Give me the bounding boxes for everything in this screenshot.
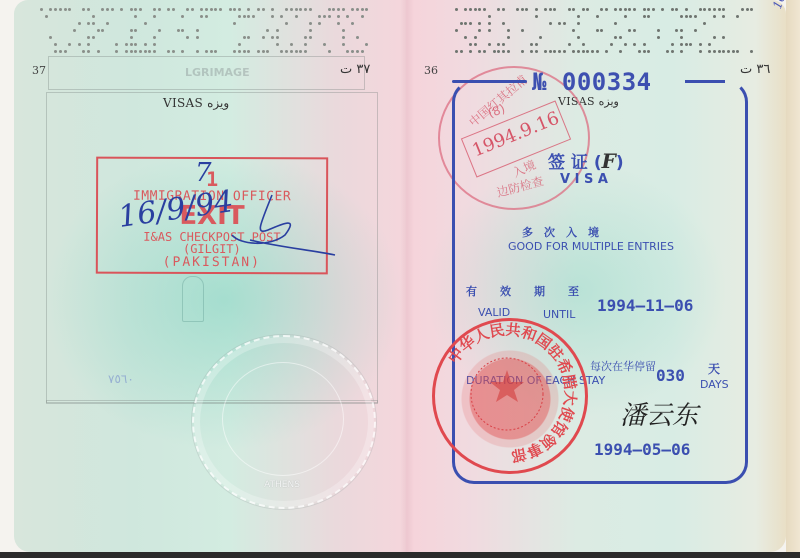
perforation-dot — [544, 8, 547, 11]
perforation-dot — [516, 8, 519, 11]
perforation-dot — [558, 50, 561, 53]
valid-until-cn: 有 效 期 至 — [466, 283, 585, 299]
perforation-dot — [342, 8, 345, 11]
perforation-dot — [483, 50, 486, 53]
perforation-dot — [172, 8, 175, 11]
perforation-dot — [628, 29, 631, 32]
perforation-dot — [464, 8, 467, 11]
perforation-dot — [694, 15, 697, 18]
perforation-dot — [181, 15, 184, 18]
perforation-dot — [671, 8, 674, 11]
perforation-dot — [577, 36, 580, 39]
perforation-dot — [181, 29, 184, 32]
perforation-dot — [323, 15, 326, 18]
perforation-dot — [469, 50, 472, 53]
embossed-seal-text: ATHENS — [212, 480, 352, 490]
perforation-dot — [568, 8, 571, 11]
perforation-dot — [144, 22, 147, 25]
perforation-dot — [628, 8, 631, 11]
perforation-dot — [530, 43, 533, 46]
perforation-dot — [290, 50, 293, 53]
visa-title-en: V I S A — [560, 172, 608, 187]
perforation-dot — [685, 8, 688, 11]
perforation-dot — [586, 8, 589, 11]
perforation-dot — [643, 8, 646, 11]
perforation-dot — [722, 50, 725, 53]
perforation-dot — [553, 8, 556, 11]
perforation-dot — [708, 8, 711, 11]
perforation-dot — [633, 8, 636, 11]
perforation-dot — [153, 15, 156, 18]
perforation-dot — [619, 50, 622, 53]
perforation-dot — [342, 36, 345, 39]
perforation-dot — [507, 50, 510, 53]
perforation-dot — [40, 8, 43, 11]
visa-number: № 000334 — [532, 68, 652, 96]
perforation-dot — [54, 8, 57, 11]
perforation-dot — [539, 36, 542, 39]
days-label: DAYS — [700, 378, 729, 391]
perforation-dot — [87, 50, 90, 53]
perforation-dot — [680, 29, 683, 32]
perforation-dot — [474, 36, 477, 39]
perforation-dot — [120, 8, 123, 11]
perforation-dot — [732, 50, 735, 53]
perforation-dot — [304, 36, 307, 39]
perforation-dot — [130, 50, 133, 53]
perforation-dot — [73, 29, 76, 32]
perforation-dot — [125, 43, 128, 46]
perforation-dot — [82, 50, 85, 53]
perforation-dot — [624, 15, 627, 18]
perforation-dot — [92, 36, 95, 39]
perforation-dot — [78, 43, 81, 46]
perforation-dot — [134, 8, 137, 11]
perforation-dot — [563, 22, 566, 25]
perforation-dot — [455, 50, 458, 53]
perforation-dot — [139, 8, 142, 11]
perforation-dot — [290, 8, 293, 11]
perforation-dot — [685, 43, 688, 46]
perforation-dot — [469, 22, 472, 25]
perforation-dot — [582, 8, 585, 11]
perforation-dot — [361, 8, 364, 11]
valid-until-date: 1994—11—06 — [597, 296, 693, 315]
perforation-dot — [243, 15, 246, 18]
perforation-dot — [600, 8, 603, 11]
perforation-dot — [680, 43, 683, 46]
perforation-dot — [493, 50, 496, 53]
perforation-dot — [332, 8, 335, 11]
perforation-dot — [582, 43, 585, 46]
perforation-dot — [694, 29, 697, 32]
perforation-dot — [247, 36, 250, 39]
perforation-dot — [750, 50, 753, 53]
perforation-dot — [643, 50, 646, 53]
perforation-dot — [299, 8, 302, 11]
perforation-dot — [186, 8, 189, 11]
perforation-dot — [614, 36, 617, 39]
perforation-dot — [746, 8, 749, 11]
perforation-dot — [596, 29, 599, 32]
perforation-dot — [346, 50, 349, 53]
perforation-dot — [525, 8, 528, 11]
perforation-dot — [68, 43, 71, 46]
perforation-dot — [464, 22, 467, 25]
page-number-left: 37 — [32, 64, 46, 77]
perforation-dot — [97, 50, 100, 53]
visa-issue-date: 1994—05—06 — [594, 440, 690, 459]
perforation-dot — [214, 50, 217, 53]
visa-title-cn-text: 签 证 ( — [548, 153, 602, 173]
perforation-dot — [464, 36, 467, 39]
perforation-dot — [87, 22, 90, 25]
handwritten-mark: 7 — [195, 158, 212, 188]
perforation-dot — [181, 50, 184, 53]
days-cn: 天 — [708, 360, 720, 377]
perforation-dot — [200, 15, 203, 18]
perforation-dot — [328, 50, 331, 53]
perforation-dot — [722, 36, 725, 39]
perforation-dot — [323, 43, 326, 46]
perforation-dot — [247, 50, 250, 53]
perforation-dot — [309, 8, 312, 11]
perforation-dot — [535, 8, 538, 11]
perforation-dot — [54, 43, 57, 46]
perforation-dot — [727, 50, 730, 53]
perforation-dot — [708, 50, 711, 53]
perforation-dot — [680, 50, 683, 53]
perforation-dot — [713, 15, 716, 18]
perforation-dot — [469, 8, 472, 11]
perforation-dot — [134, 15, 137, 18]
perforation-dot — [191, 8, 194, 11]
perforation-dot — [266, 29, 269, 32]
visa-number-label: № — [532, 68, 547, 96]
perforation-dot — [134, 43, 137, 46]
perforation-dot — [535, 50, 538, 53]
perforation-dot — [483, 8, 486, 11]
page-number-right-arabic: ٣٦ ت — [740, 62, 770, 77]
perforation-dot — [703, 22, 706, 25]
perforation-dot — [97, 29, 100, 32]
perforation-dot — [247, 15, 250, 18]
perforation-dot — [295, 50, 298, 53]
perforation-dot — [205, 8, 208, 11]
perforation-dot — [153, 43, 156, 46]
perforation-dot — [328, 8, 331, 11]
perforation-dot — [586, 50, 589, 53]
perforation-dot — [488, 22, 491, 25]
perforation-dot — [233, 22, 236, 25]
perforation-dot — [577, 15, 580, 18]
perforation-dot — [238, 8, 241, 11]
perforation-dot — [572, 29, 575, 32]
visa-title-cn-close: ) — [616, 153, 624, 173]
perforation-dot — [478, 50, 481, 53]
perforation-dot — [535, 43, 538, 46]
perforation-dot — [643, 43, 646, 46]
perforation-dot — [455, 29, 458, 32]
perforation-dot — [619, 8, 622, 11]
perforation-dot — [214, 8, 217, 11]
perforation-dot — [139, 50, 142, 53]
perforation-dot — [713, 36, 716, 39]
perforation-dot — [130, 43, 133, 46]
perforation-dot — [507, 29, 510, 32]
perforation-dot — [699, 8, 702, 11]
perforation-dot — [689, 43, 692, 46]
perforation-dot — [92, 15, 95, 18]
perforation-dot — [153, 36, 156, 39]
perforation-dot — [741, 8, 744, 11]
perforation-dot — [276, 29, 279, 32]
perforation-dot — [210, 50, 213, 53]
perforation-dot — [346, 15, 349, 18]
perforation-dot — [455, 8, 458, 11]
perforation-dot — [276, 36, 279, 39]
perforation-dot — [196, 29, 199, 32]
perforation-dot — [238, 15, 241, 18]
perforation-dot — [507, 36, 510, 39]
perforation-dot — [713, 50, 716, 53]
visa-number-value: 000334 — [562, 68, 652, 96]
perforation-dot — [521, 8, 524, 11]
perforation-dot — [460, 22, 463, 25]
perforation-dot — [474, 8, 477, 11]
perforation-dot — [87, 43, 90, 46]
perforation-dot — [356, 8, 359, 11]
perforation-dot — [64, 50, 67, 53]
perforation-dot — [478, 29, 481, 32]
perforation-dot — [177, 29, 180, 32]
perforation-dot — [750, 8, 753, 11]
visa-title-cn: 签 证 (F) — [548, 148, 624, 173]
perforation-dot — [460, 50, 463, 53]
visa-frame-top-left — [452, 80, 527, 83]
perforation-dot — [205, 15, 208, 18]
perforation-dot — [196, 50, 199, 53]
perforation-dot — [624, 8, 627, 11]
perforation-dot — [59, 8, 62, 11]
perforation-dot — [689, 15, 692, 18]
perforation-dot — [252, 15, 255, 18]
perforation-dot — [144, 50, 147, 53]
perforation-dot — [661, 8, 664, 11]
faint-ink-text: ٧٥٦٠ — [108, 372, 134, 386]
perforation-dot — [134, 29, 137, 32]
perforation-dot — [633, 43, 636, 46]
perforation-dot — [153, 8, 156, 11]
page-number-left-arabic: ٣٧ ت — [340, 62, 370, 77]
perforation-dot — [257, 8, 260, 11]
perforation-dot — [713, 8, 716, 11]
perforation-dot — [572, 8, 575, 11]
perforation-dot — [125, 50, 128, 53]
perforation-dot — [266, 50, 269, 53]
perforation-dot — [304, 8, 307, 11]
perforation-dot — [148, 50, 151, 53]
passport-scan: 37 LGRIMAGE ٣٧ ت VISAS ویزه 1 IMMIGRATIO… — [0, 0, 800, 558]
perforation-dot — [280, 15, 283, 18]
perforation-dot — [49, 36, 52, 39]
perforation-dot — [652, 8, 655, 11]
perforation-dot — [295, 8, 298, 11]
perforation-dot — [633, 29, 636, 32]
perforation-dot — [167, 50, 170, 53]
embassy-seal-ring-text: 中华人民共和国驻希腊大使馆领事部 — [432, 318, 582, 468]
perforation-dot — [572, 50, 575, 53]
consul-signature: 潘云东 — [620, 395, 698, 432]
perforation-dot — [144, 43, 147, 46]
perforation-dot — [596, 50, 599, 53]
perforation-dot — [722, 15, 725, 18]
perforation-dot — [337, 15, 340, 18]
perforation-dot — [243, 50, 246, 53]
perforation-dot — [351, 8, 354, 11]
perforation-dot — [497, 50, 500, 53]
perforation-dot — [271, 8, 274, 11]
perforation-dot — [309, 22, 312, 25]
perforated-number-right — [455, 8, 755, 58]
perforation-dot — [262, 8, 265, 11]
perforation-dot — [671, 43, 674, 46]
perforation-dot — [229, 8, 232, 11]
perforation-dot — [299, 50, 302, 53]
perforation-dot — [262, 50, 265, 53]
perforation-dot — [285, 8, 288, 11]
perforation-dot — [549, 22, 552, 25]
perforation-dot — [488, 43, 491, 46]
perforation-dot — [478, 22, 481, 25]
perforation-dot — [638, 50, 641, 53]
perforation-dot — [337, 22, 340, 25]
perforation-dot — [708, 43, 711, 46]
perforation-dot — [657, 36, 660, 39]
entries-en: GOOD FOR MULTIPLE ENTRIES — [508, 240, 674, 253]
perforation-dot — [276, 43, 279, 46]
perforation-dot — [304, 50, 307, 53]
perforation-dot — [356, 50, 359, 53]
visa-class: F — [602, 149, 616, 173]
perforation-dot — [290, 43, 293, 46]
perforation-dot — [577, 22, 580, 25]
perforation-dot — [549, 8, 552, 11]
perforation-dot — [59, 50, 62, 53]
perforation-dot — [718, 50, 721, 53]
perforation-dot — [497, 8, 500, 11]
perforation-dot — [351, 22, 354, 25]
perforation-dot — [469, 43, 472, 46]
perforation-dot — [262, 36, 265, 39]
stay-cn: 每次在华停留 — [590, 358, 656, 374]
perforation-dot — [49, 8, 52, 11]
perforation-dot — [101, 8, 104, 11]
perforation-dot — [521, 50, 524, 53]
perforation-dot — [271, 15, 274, 18]
perforation-dot — [558, 22, 561, 25]
perforation-dot — [238, 50, 241, 53]
perforation-dot — [671, 50, 674, 53]
perforation-dot — [153, 50, 156, 53]
entries-cn: 多 次 入 境 — [522, 224, 599, 240]
page-gutter — [400, 0, 414, 552]
perforation-dot — [502, 22, 505, 25]
perforation-dot — [605, 50, 608, 53]
perforation-dot — [205, 50, 208, 53]
perforation-dot — [361, 50, 364, 53]
perforation-dot — [280, 50, 283, 53]
perforation-dot — [614, 8, 617, 11]
perforation-dot — [361, 15, 364, 18]
perforation-dot — [54, 50, 57, 53]
perforation-dot — [130, 8, 133, 11]
perforation-dot — [158, 8, 161, 11]
perforation-dot — [647, 50, 650, 53]
perforation-dot — [82, 8, 85, 11]
perforation-dot — [502, 43, 505, 46]
perforation-dot — [111, 8, 114, 11]
perforation-dot — [680, 36, 683, 39]
perforation-dot — [134, 50, 137, 53]
perforation-dot — [478, 8, 481, 11]
perforation-dot — [130, 36, 133, 39]
perforation-dot — [196, 36, 199, 39]
perforation-dot — [106, 22, 109, 25]
perforation-dot — [718, 8, 721, 11]
perforation-dot — [92, 22, 95, 25]
perforation-dot — [488, 29, 491, 32]
perforation-dot — [521, 29, 524, 32]
perforation-dot — [657, 29, 660, 32]
perforation-dot — [45, 15, 48, 18]
perforation-dot — [699, 43, 702, 46]
perforation-dot — [342, 29, 345, 32]
perforation-dot — [172, 50, 175, 53]
perforation-dot — [257, 50, 260, 53]
perforation-dot — [210, 8, 213, 11]
perforation-dot — [295, 15, 298, 18]
perforation-dot — [577, 50, 580, 53]
perforation-dot — [685, 15, 688, 18]
perforation-dot — [553, 50, 556, 53]
perforation-dot — [591, 50, 594, 53]
perforation-dot — [703, 8, 706, 11]
perforation-dot — [643, 15, 646, 18]
perforation-dot — [619, 36, 622, 39]
ghost-stamp-text: LGRIMAGE — [185, 66, 250, 79]
perforation-dot — [130, 29, 133, 32]
perforation-dot — [101, 29, 104, 32]
perforation-dot — [600, 29, 603, 32]
perforation-dot — [238, 43, 241, 46]
perforation-dot — [596, 15, 599, 18]
perforation-dot — [699, 50, 702, 53]
officer-signature — [230, 185, 340, 260]
perforation-dot — [365, 43, 368, 46]
perforation-dot — [614, 22, 617, 25]
perforation-dot — [666, 50, 669, 53]
perforation-dot — [318, 15, 321, 18]
stay-value: 030 — [656, 366, 685, 385]
perforation-dot — [474, 43, 477, 46]
perforation-dot — [247, 8, 250, 11]
page-number-right: 36 — [424, 64, 438, 77]
perforation-dot — [243, 36, 246, 39]
perforation-dot — [530, 50, 533, 53]
perforation-dot — [106, 8, 109, 11]
perforation-dot — [535, 15, 538, 18]
